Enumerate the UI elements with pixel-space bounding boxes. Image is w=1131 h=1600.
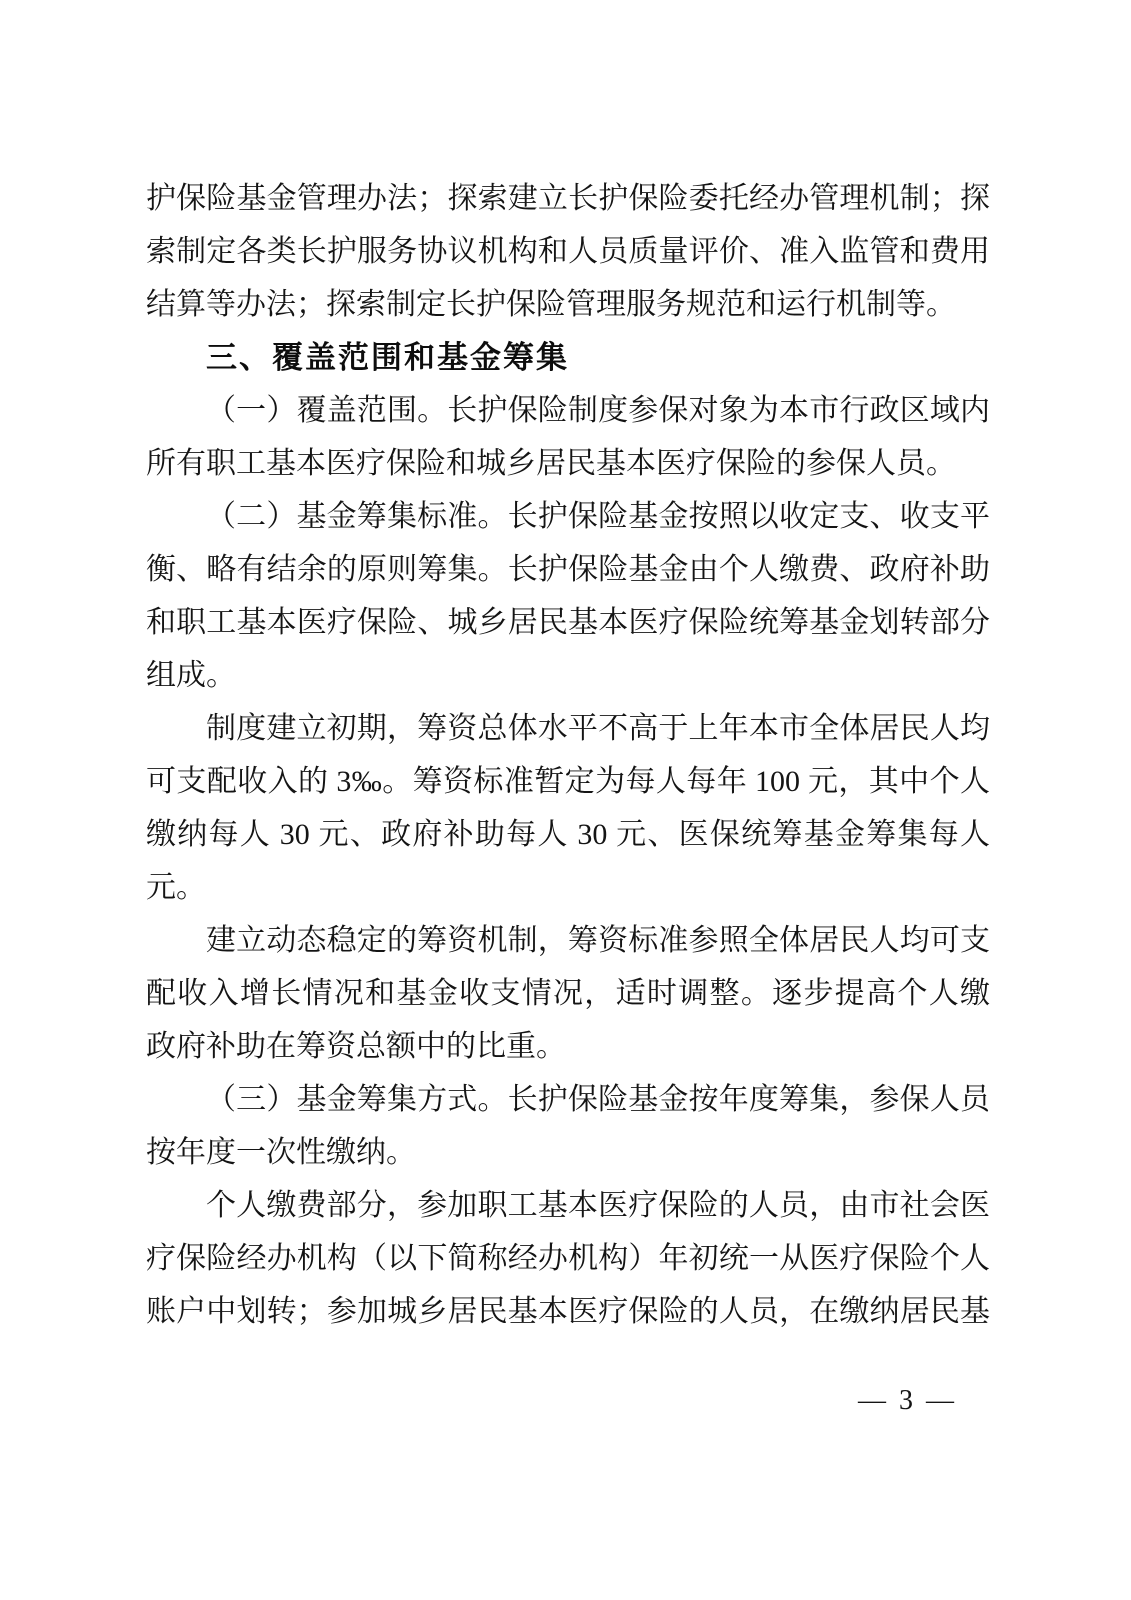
- text-line: 组成。: [146, 649, 990, 702]
- text-line: 结算等办法；探索制定长护保险管理服务规范和运行机制等。: [146, 278, 990, 331]
- text-line: 所有职工基本医疗保险和城乡居民基本医疗保险的参保人员。: [146, 437, 990, 490]
- section-heading: 三、覆盖范围和基金筹集: [146, 331, 990, 384]
- text-line: 疗保险经办机构（以下简称经办机构）年初统一从医疗保险个人: [146, 1232, 990, 1285]
- text-line: 缴纳每人 30 元、政府补助每人 30 元、医保统筹基金筹集每人 40: [146, 808, 990, 861]
- text-line: 按年度一次性缴纳。: [146, 1126, 990, 1179]
- text-line: 和职工基本医疗保险、城乡居民基本医疗保险统筹基金划转部分: [146, 596, 990, 649]
- text-line: （三）基金筹集方式。长护保险基金按年度筹集，参保人员: [146, 1073, 990, 1126]
- text-line: （二）基金筹集标准。长护保险基金按照以收定支、收支平: [146, 490, 990, 543]
- text-line: 制度建立初期，筹资总体水平不高于上年本市全体居民人均: [146, 702, 990, 755]
- text-line: 衡、略有结余的原则筹集。长护保险基金由个人缴费、政府补助: [146, 543, 990, 596]
- text-line: 建立动态稳定的筹资机制，筹资标准参照全体居民人均可支: [146, 914, 990, 967]
- text-line: （一）覆盖范围。长护保险制度参保对象为本市行政区域内: [146, 384, 990, 437]
- text-line: 元。: [146, 861, 990, 914]
- document-page: 护保险基金管理办法；探索建立长护保险委托经办管理机制；探 索制定各类长护服务协议…: [0, 0, 1131, 1600]
- text-line: 索制定各类长护服务协议机构和人员质量评价、准入监管和费用: [146, 225, 990, 278]
- text-line: 个人缴费部分，参加职工基本医疗保险的人员，由市社会医: [146, 1179, 990, 1232]
- text-line: 账户中划转；参加城乡居民基本医疗保险的人员，在缴纳居民基: [146, 1285, 990, 1338]
- text-line: 护保险基金管理办法；探索建立长护保险委托经办管理机制；探: [146, 172, 990, 225]
- text-line: 可支配收入的 3‰。筹资标准暂定为每人每年 100 元，其中个人: [146, 755, 990, 808]
- text-line: 配收入增长情况和基金收支情况，适时调整。逐步提高个人缴费、: [146, 967, 990, 1020]
- page-number: — 3 —: [858, 1383, 957, 1419]
- text-line: 政府补助在筹资总额中的比重。: [146, 1020, 990, 1073]
- document-text-block: 护保险基金管理办法；探索建立长护保险委托经办管理机制；探 索制定各类长护服务协议…: [146, 172, 990, 1338]
